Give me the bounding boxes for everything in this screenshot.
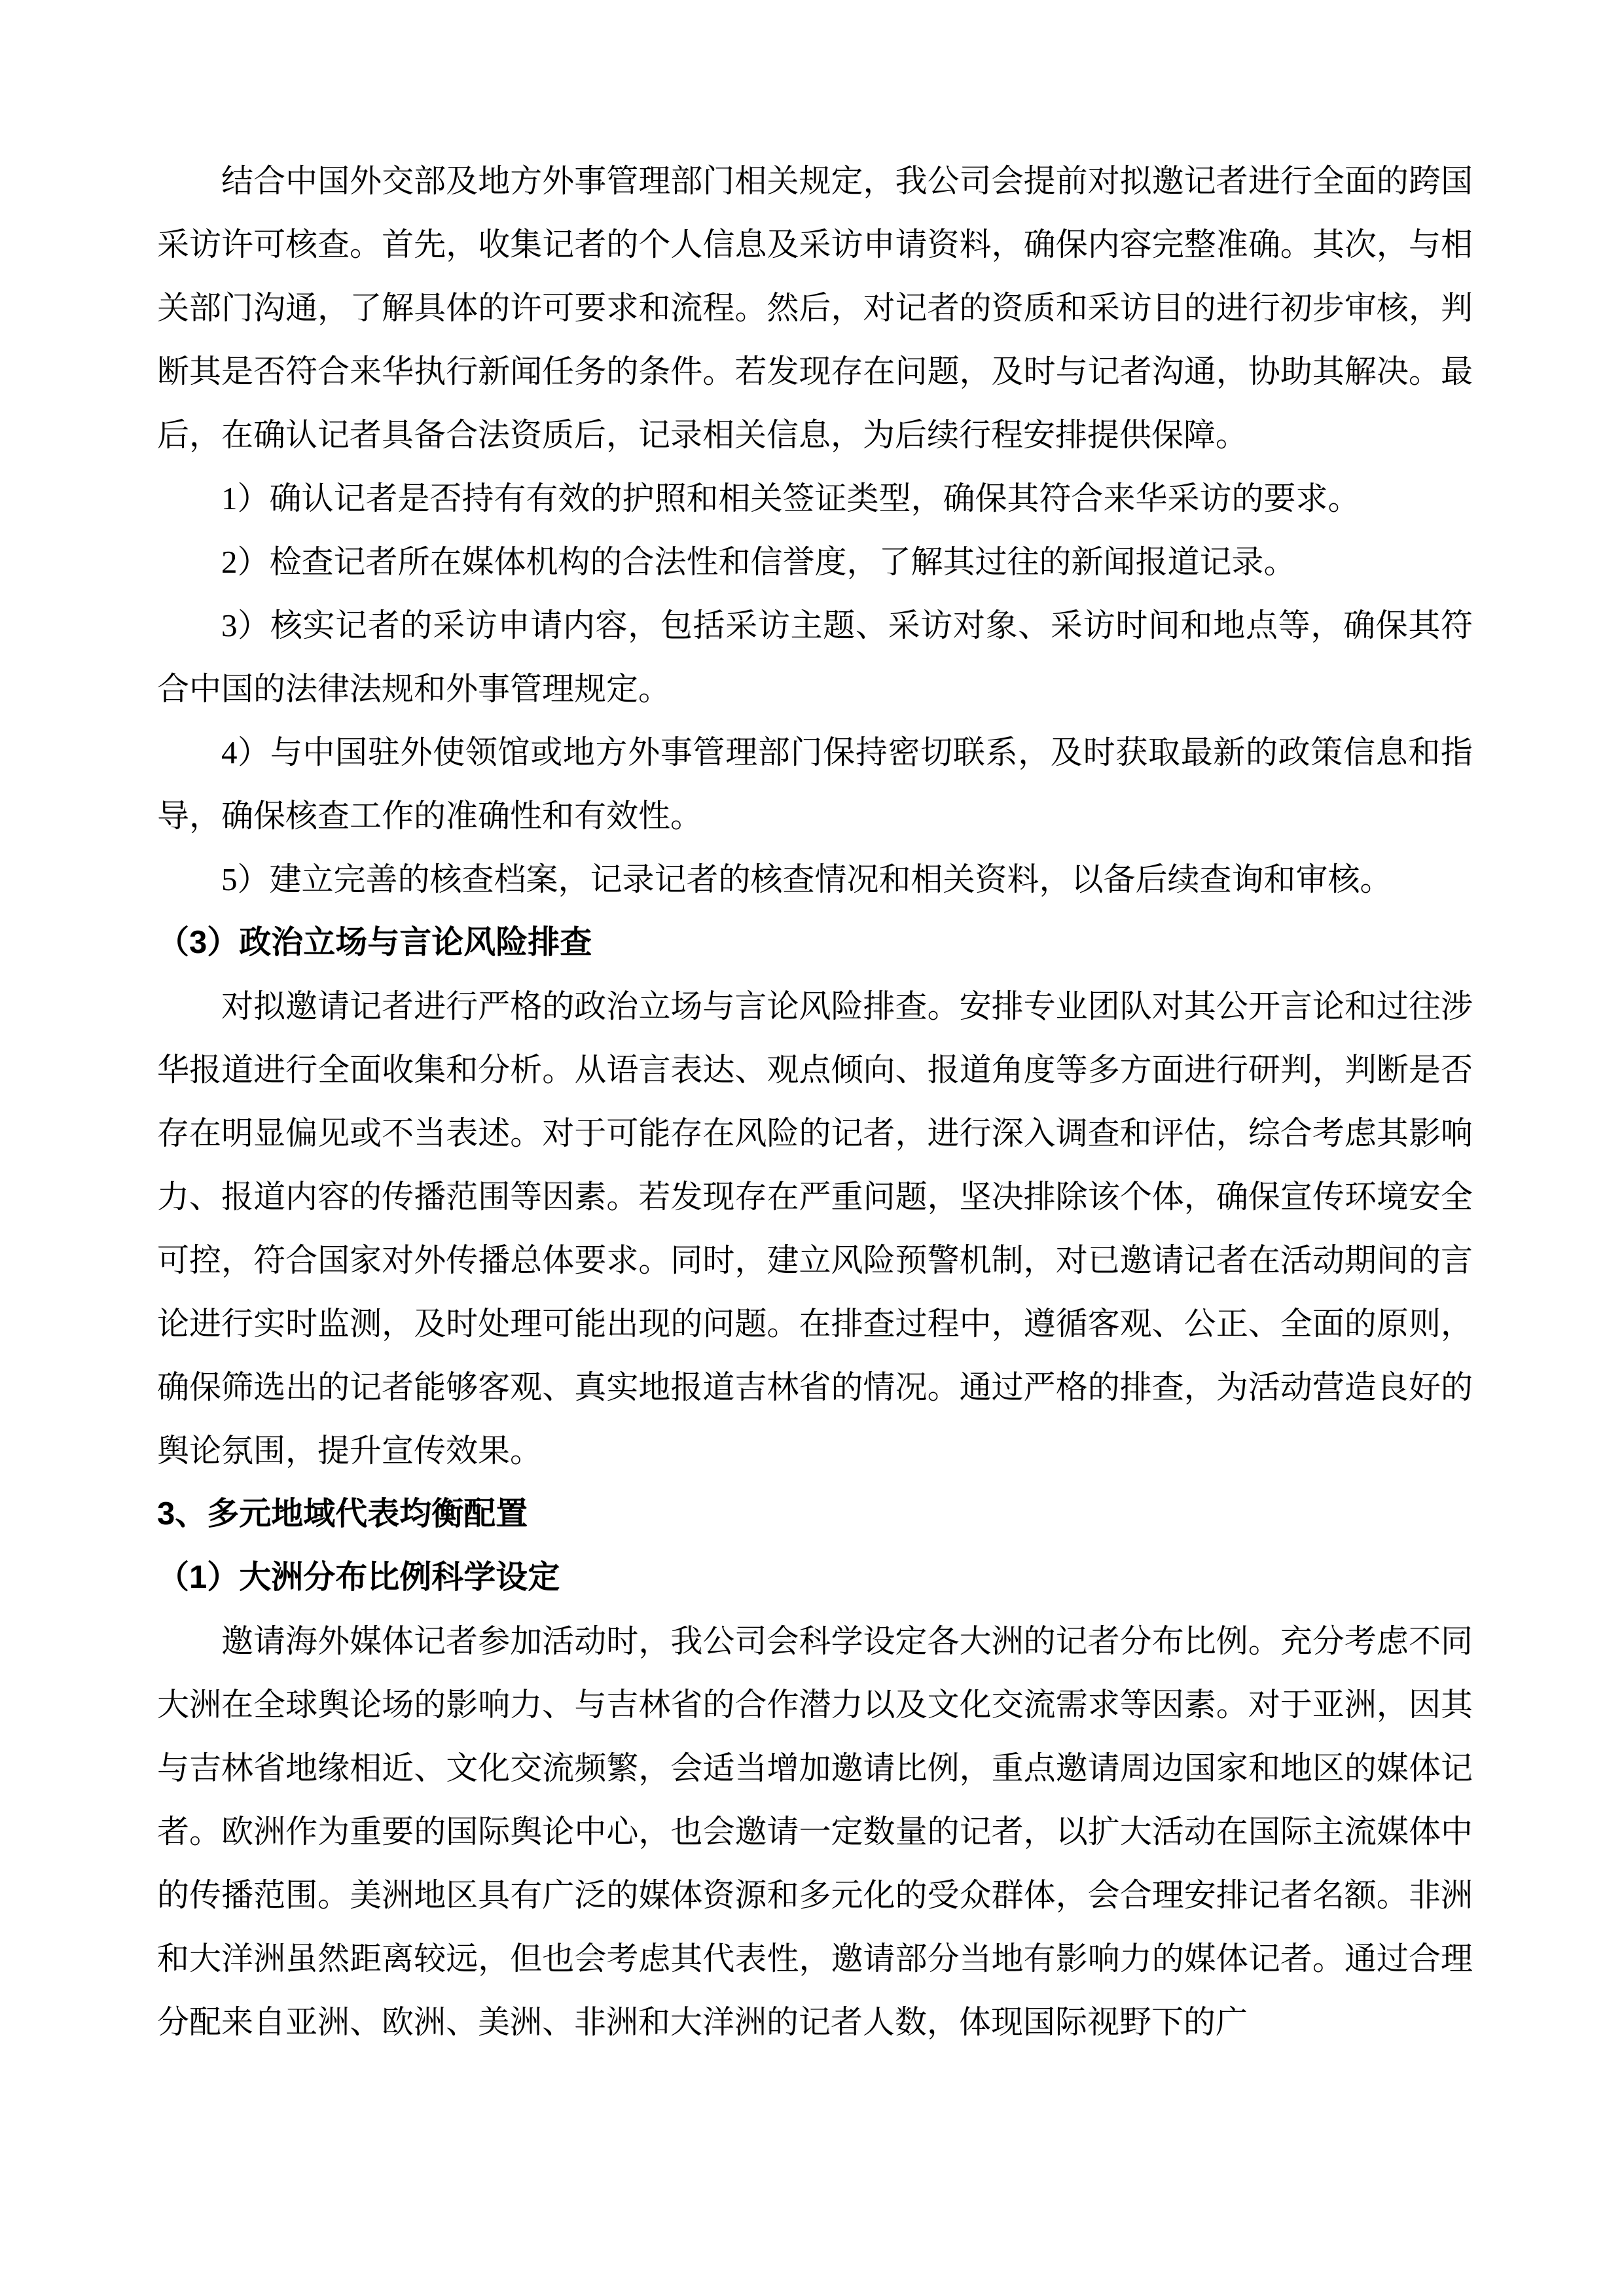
document-page: 结合中国外交部及地方外事管理部门相关规定，我公司会提前对拟邀记者进行全面的跨国采… — [157, 149, 1473, 2054]
para-continent-distribution: 邀请海外媒体记者参加活动时，我公司会科学设定各大洲的记者分布比例。充分考虑不同大… — [157, 1609, 1473, 2054]
list-item-2-media-org-check: 2）检查记者所在媒体机构的合法性和信誉度，了解其过往的新闻报道记录。 — [157, 530, 1473, 594]
list-item-3-interview-application-check: 3）核实记者的采访申请内容，包括采访主题、采访对象、采访时间和地点等，确保其符合… — [157, 594, 1473, 721]
heading-3-diverse-regional-representation: 3、多元地域代表均衡配置 — [157, 1482, 1473, 1546]
heading-political-stance-risk-screening: （3）政治立场与言论风险排查 — [157, 911, 1473, 975]
list-item-5-verification-archive: 5）建立完善的核查档案，记录记者的核查情况和相关资料，以备后续查询和审核。 — [157, 848, 1473, 911]
para-cross-border-permit-check: 结合中国外交部及地方外事管理部门相关规定，我公司会提前对拟邀记者进行全面的跨国采… — [157, 149, 1473, 467]
heading-1-continent-distribution-ratio: （1）大洲分布比例科学设定 — [157, 1546, 1473, 1609]
para-political-risk-screening: 对拟邀请记者进行严格的政治立场与言论风险排查。安排专业团队对其公开言论和过往涉华… — [157, 975, 1473, 1482]
list-item-1-passport-visa-check: 1）确认记者是否持有有效的护照和相关签证类型，确保其符合来华采访的要求。 — [157, 467, 1473, 530]
list-item-4-embassy-liaison: 4）与中国驻外使领馆或地方外事管理部门保持密切联系，及时获取最新的政策信息和指导… — [157, 721, 1473, 848]
